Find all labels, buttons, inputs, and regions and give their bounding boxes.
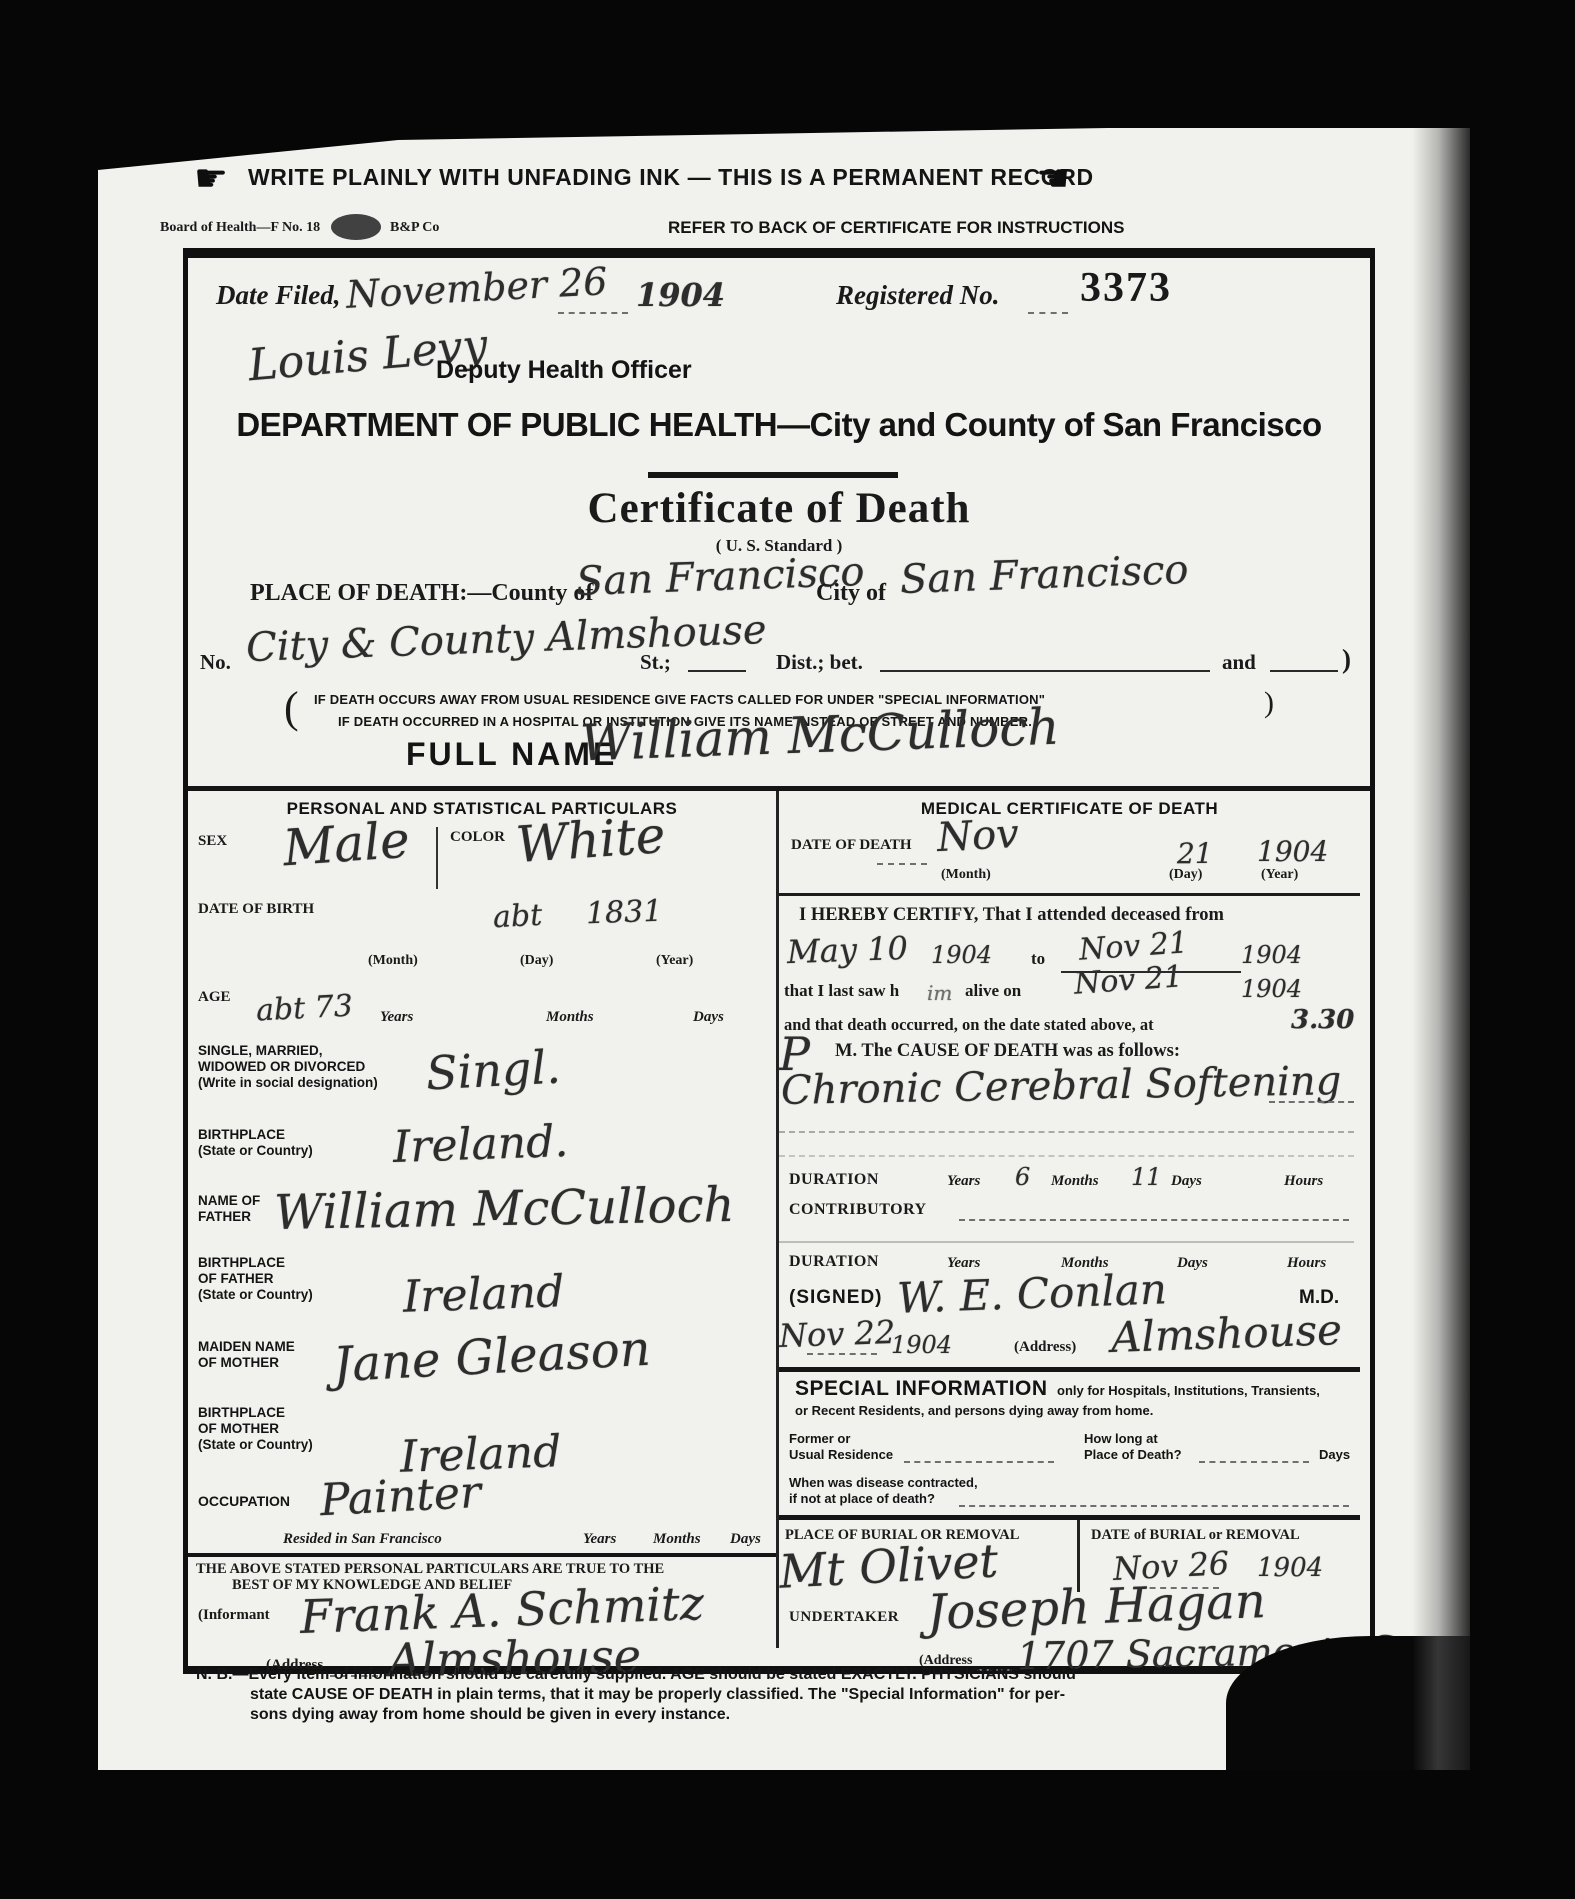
duration2-label: DURATION [789, 1253, 879, 1271]
cause-fill-2 [779, 1129, 1354, 1133]
scanned-death-certificate: ☛ WRITE PLAINLY WITH UNFADING INK — THIS… [0, 0, 1575, 1899]
birthplace-label-2: (State or Country) [198, 1143, 313, 1158]
sex-color-divider [436, 827, 438, 889]
duration-days-label: Days [1171, 1173, 1202, 1190]
father-birthplace-label-1: BIRTHPLACE [198, 1255, 285, 1270]
certify-rule [779, 893, 1360, 896]
dod-year-paren: (Year) [1261, 867, 1298, 883]
occupation-value: Painter [319, 1467, 482, 1526]
full-name-value: William McCulloch [579, 698, 1060, 773]
certificate-page: ☛ WRITE PLAINLY WITH UNFADING INK — THIS… [98, 128, 1470, 1770]
date-of-death-label: DATE OF DEATH [791, 837, 912, 854]
cause-fill-1 [1269, 1099, 1354, 1103]
duration-years-label: Years [947, 1173, 980, 1190]
father-name-value: William McCulloch [274, 1177, 735, 1241]
registered-no-value: 3373 [1080, 264, 1172, 312]
contributory-fill [959, 1217, 1349, 1221]
how-long-fill [1199, 1459, 1309, 1463]
footer-note-line1: N. B.—Every item of information should b… [196, 1666, 1076, 1684]
medical-column: MEDICAL CERTIFICATE OF DEATH DATE OF DEA… [779, 791, 1360, 1648]
dod-month-paren: (Month) [941, 867, 991, 883]
special-info-subtitle-1: only for Hospitals, Institutions, Transi… [1057, 1383, 1320, 1398]
father-birthplace-label-3: (State or Country) [198, 1287, 313, 1302]
dob-month-paren: (Month) [368, 953, 418, 969]
how-long-days-label: Days [1319, 1447, 1350, 1462]
dob-label: DATE OF BIRTH [198, 901, 314, 918]
attended-to-year: 1904 [1241, 941, 1302, 969]
place-of-death-label: PLACE OF DEATH:—County of [250, 580, 593, 607]
marital-label-2: WIDOWED OR DIVORCED [198, 1059, 365, 1074]
address-close-paren: ) [1342, 644, 1351, 675]
note-close-paren1: ) [1264, 686, 1274, 720]
marital-label-3: (Write in social designation) [198, 1075, 378, 1090]
duration-value-1: 6 [1015, 1163, 1030, 1191]
dob-abt-value: abt [492, 898, 543, 936]
date-filed-year: 1904 [636, 276, 725, 314]
date-filed-value: November 26 [345, 259, 608, 317]
duration-value-2: 11 [1131, 1163, 1162, 1191]
last-saw-statement-a: that I last saw h [784, 981, 899, 1001]
department-title: DEPARTMENT OF PUBLIC HEALTH—City and Cou… [188, 406, 1370, 444]
how-long-label-1: How long at [1084, 1431, 1158, 1446]
printer-mark-label: B&P Co [390, 220, 439, 236]
resided-label: Resided in San Francisco [283, 1531, 442, 1548]
printer-stamp-icon [331, 214, 381, 240]
filing-fill-line [558, 310, 628, 314]
resided-months-label: Months [653, 1531, 701, 1548]
last-saw-year: 1904 [1241, 975, 1302, 1003]
former-residence-fill [904, 1459, 1054, 1463]
father-name-label-1: NAME OF [198, 1193, 260, 1208]
attended-to-label: to [1031, 949, 1045, 969]
dod-fill-left [877, 861, 927, 865]
st-fill-line [688, 668, 746, 672]
mother-name-label-1: MAIDEN NAME [198, 1339, 295, 1354]
title-divider [648, 472, 898, 478]
disease-contracted-label-2: if not at place of death? [789, 1491, 935, 1506]
last-saw-date: Nov 21 [1073, 959, 1184, 1002]
physician-address-label: (Address) [1014, 1339, 1076, 1356]
address-dist-label: Dist.; bet. [776, 650, 863, 675]
duration2-hours-label: Hours [1287, 1255, 1326, 1272]
signed-year: 1904 [891, 1331, 952, 1359]
burial-date-label: DATE of BURIAL or REMOVAL [1091, 1527, 1300, 1544]
occupation-label: OCCUPATION [198, 1493, 290, 1509]
signed-label: (SIGNED) [789, 1287, 883, 1309]
father-birthplace-value: Ireland [402, 1266, 565, 1323]
footer-note-line2: state CAUSE OF DEATH in plain terms, tha… [250, 1686, 1065, 1704]
age-label: AGE [198, 989, 231, 1006]
age-days-label: Days [693, 1009, 724, 1026]
attended-from-date: May 10 [786, 929, 908, 971]
informant-label: (Informant [198, 1607, 270, 1624]
duration-months-label: Months [1051, 1173, 1099, 1190]
last-saw-statement-b: alive on [965, 981, 1021, 1001]
page-stack-edge [1412, 128, 1470, 1770]
sex-label: SEX [198, 833, 227, 850]
last-saw-him: im [927, 981, 952, 1005]
contributory-label: CONTRIBUTORY [789, 1201, 927, 1219]
birthplace-label-1: BIRTHPLACE [198, 1127, 285, 1142]
footer-note-line3: sons dying away from home should be give… [250, 1706, 730, 1724]
mother-birthplace-label-3: (State or Country) [198, 1437, 313, 1452]
date-of-death-month: Nov [936, 811, 1020, 861]
marital-label-1: SINGLE, MARRIED, [198, 1043, 323, 1058]
board-of-health-label: Board of Health—F No. 18 [160, 220, 320, 236]
burial-date-year: 1904 [1257, 1553, 1323, 1583]
note-open-paren: ( [284, 682, 299, 733]
dob-day-paren: (Day) [520, 953, 553, 969]
birthplace-value: Ireland. [392, 1116, 569, 1173]
place-city-label: City of [816, 580, 886, 607]
date-of-death-year: 1904 [1257, 835, 1328, 868]
special-info-title: SPECIAL INFORMATION [795, 1377, 1048, 1401]
write-plainly-banner: WRITE PLAINLY WITH UNFADING INK — THIS I… [248, 164, 1094, 191]
certify-statement: I HEREBY CERTIFY, That I attended deceas… [799, 905, 1224, 926]
date-of-death-day: 21 [1177, 837, 1213, 870]
personal-column: PERSONAL AND STATISTICAL PARTICULARS SEX… [188, 791, 776, 1648]
death-occurred-statement: and that death occurred, on the date sta… [784, 1015, 1154, 1035]
registered-fill-line [1028, 310, 1068, 314]
former-residence-label-1: Former or [789, 1431, 850, 1446]
cause-of-death-label: M. The CAUSE OF DEATH was as follows: [835, 1041, 1180, 1062]
dist-fill-line [880, 668, 1210, 672]
manicule-right-icon: ☛ [194, 156, 228, 201]
mother-name-value: Jane Gleason [332, 1321, 652, 1394]
dod-day-paren: (Day) [1169, 867, 1202, 883]
manicule-left-icon: ☚ [1036, 156, 1070, 201]
attended-from-year: 1904 [931, 941, 992, 969]
special-rule [779, 1367, 1360, 1372]
place-city-value: San Francisco [899, 547, 1189, 603]
age-months-label: Months [546, 1009, 594, 1026]
officer-title: Deputy Health Officer [436, 356, 692, 385]
death-time-value: 3.30 [1291, 1005, 1354, 1035]
undertaker-label: UNDERTAKER [789, 1609, 899, 1626]
address-value: City & County Almshouse [245, 607, 767, 671]
date-filed-label: Date Filed, [216, 280, 340, 311]
color-label: COLOR [450, 829, 505, 846]
certificate-title: Certificate of Death [188, 484, 1370, 533]
address-st-label: St.; [640, 650, 671, 675]
signed-date-fill [807, 1351, 877, 1355]
age-years-label: Years [380, 1009, 413, 1026]
refer-back-note: REFER TO BACK OF CERTIFICATE FOR INSTRUC… [668, 218, 1124, 238]
color-value: White [514, 806, 667, 874]
disease-contracted-fill [959, 1503, 1349, 1507]
address-no-label: No. [200, 650, 231, 675]
mother-birthplace-label-2: OF MOTHER [198, 1421, 279, 1436]
cause-of-death-value: Chronic Cerebral Softening [781, 1058, 1342, 1114]
father-name-label-2: FATHER [198, 1209, 251, 1224]
personal-header: PERSONAL AND STATISTICAL PARTICULARS [188, 799, 776, 819]
truth-statement-1: THE ABOVE STATED PERSONAL PARTICULARS AR… [196, 1561, 664, 1578]
registered-no-label: Registered No. [836, 280, 999, 311]
medical-header: MEDICAL CERTIFICATE OF DEATH [779, 799, 1360, 819]
disease-contracted-label-1: When was disease contracted, [789, 1475, 978, 1490]
burial-rule [779, 1515, 1360, 1520]
how-long-label-2: Place of Death? [1084, 1447, 1182, 1462]
sex-value: Male [281, 811, 411, 878]
duration2-years-label: Years [947, 1255, 980, 1272]
physician-address-value: Almshouse [1110, 1305, 1343, 1362]
certificate-border-box: Date Filed, November 26 1904 Registered … [183, 248, 1375, 1674]
dob-year-paren: (Year) [656, 953, 693, 969]
marital-value: Singl. [425, 1040, 562, 1101]
former-residence-label-2: Usual Residence [789, 1447, 893, 1462]
and-fill-line [1270, 668, 1338, 672]
address-and-label: and [1222, 650, 1256, 675]
duration2-days-label: Days [1177, 1255, 1208, 1272]
resided-years-label: Years [583, 1531, 616, 1548]
mother-birthplace-label-1: BIRTHPLACE [198, 1405, 285, 1420]
father-birthplace-label-2: OF FATHER [198, 1271, 274, 1286]
signed-date: Nov 22 [778, 1313, 895, 1355]
mother-name-label-2: OF MOTHER [198, 1355, 279, 1370]
special-info-subtitle-2: or Recent Residents, and persons dying a… [795, 1403, 1153, 1418]
duration-label: DURATION [789, 1171, 879, 1189]
dob-year-value: 1831 [585, 894, 663, 932]
truth-rule [188, 1553, 776, 1557]
resided-days-label: Days [730, 1531, 761, 1548]
duration-hours-label: Hours [1284, 1173, 1323, 1190]
mid-faint-rule [779, 1239, 1354, 1243]
age-value: abt 73 [255, 988, 354, 1028]
cause-fill-3 [779, 1153, 1354, 1157]
